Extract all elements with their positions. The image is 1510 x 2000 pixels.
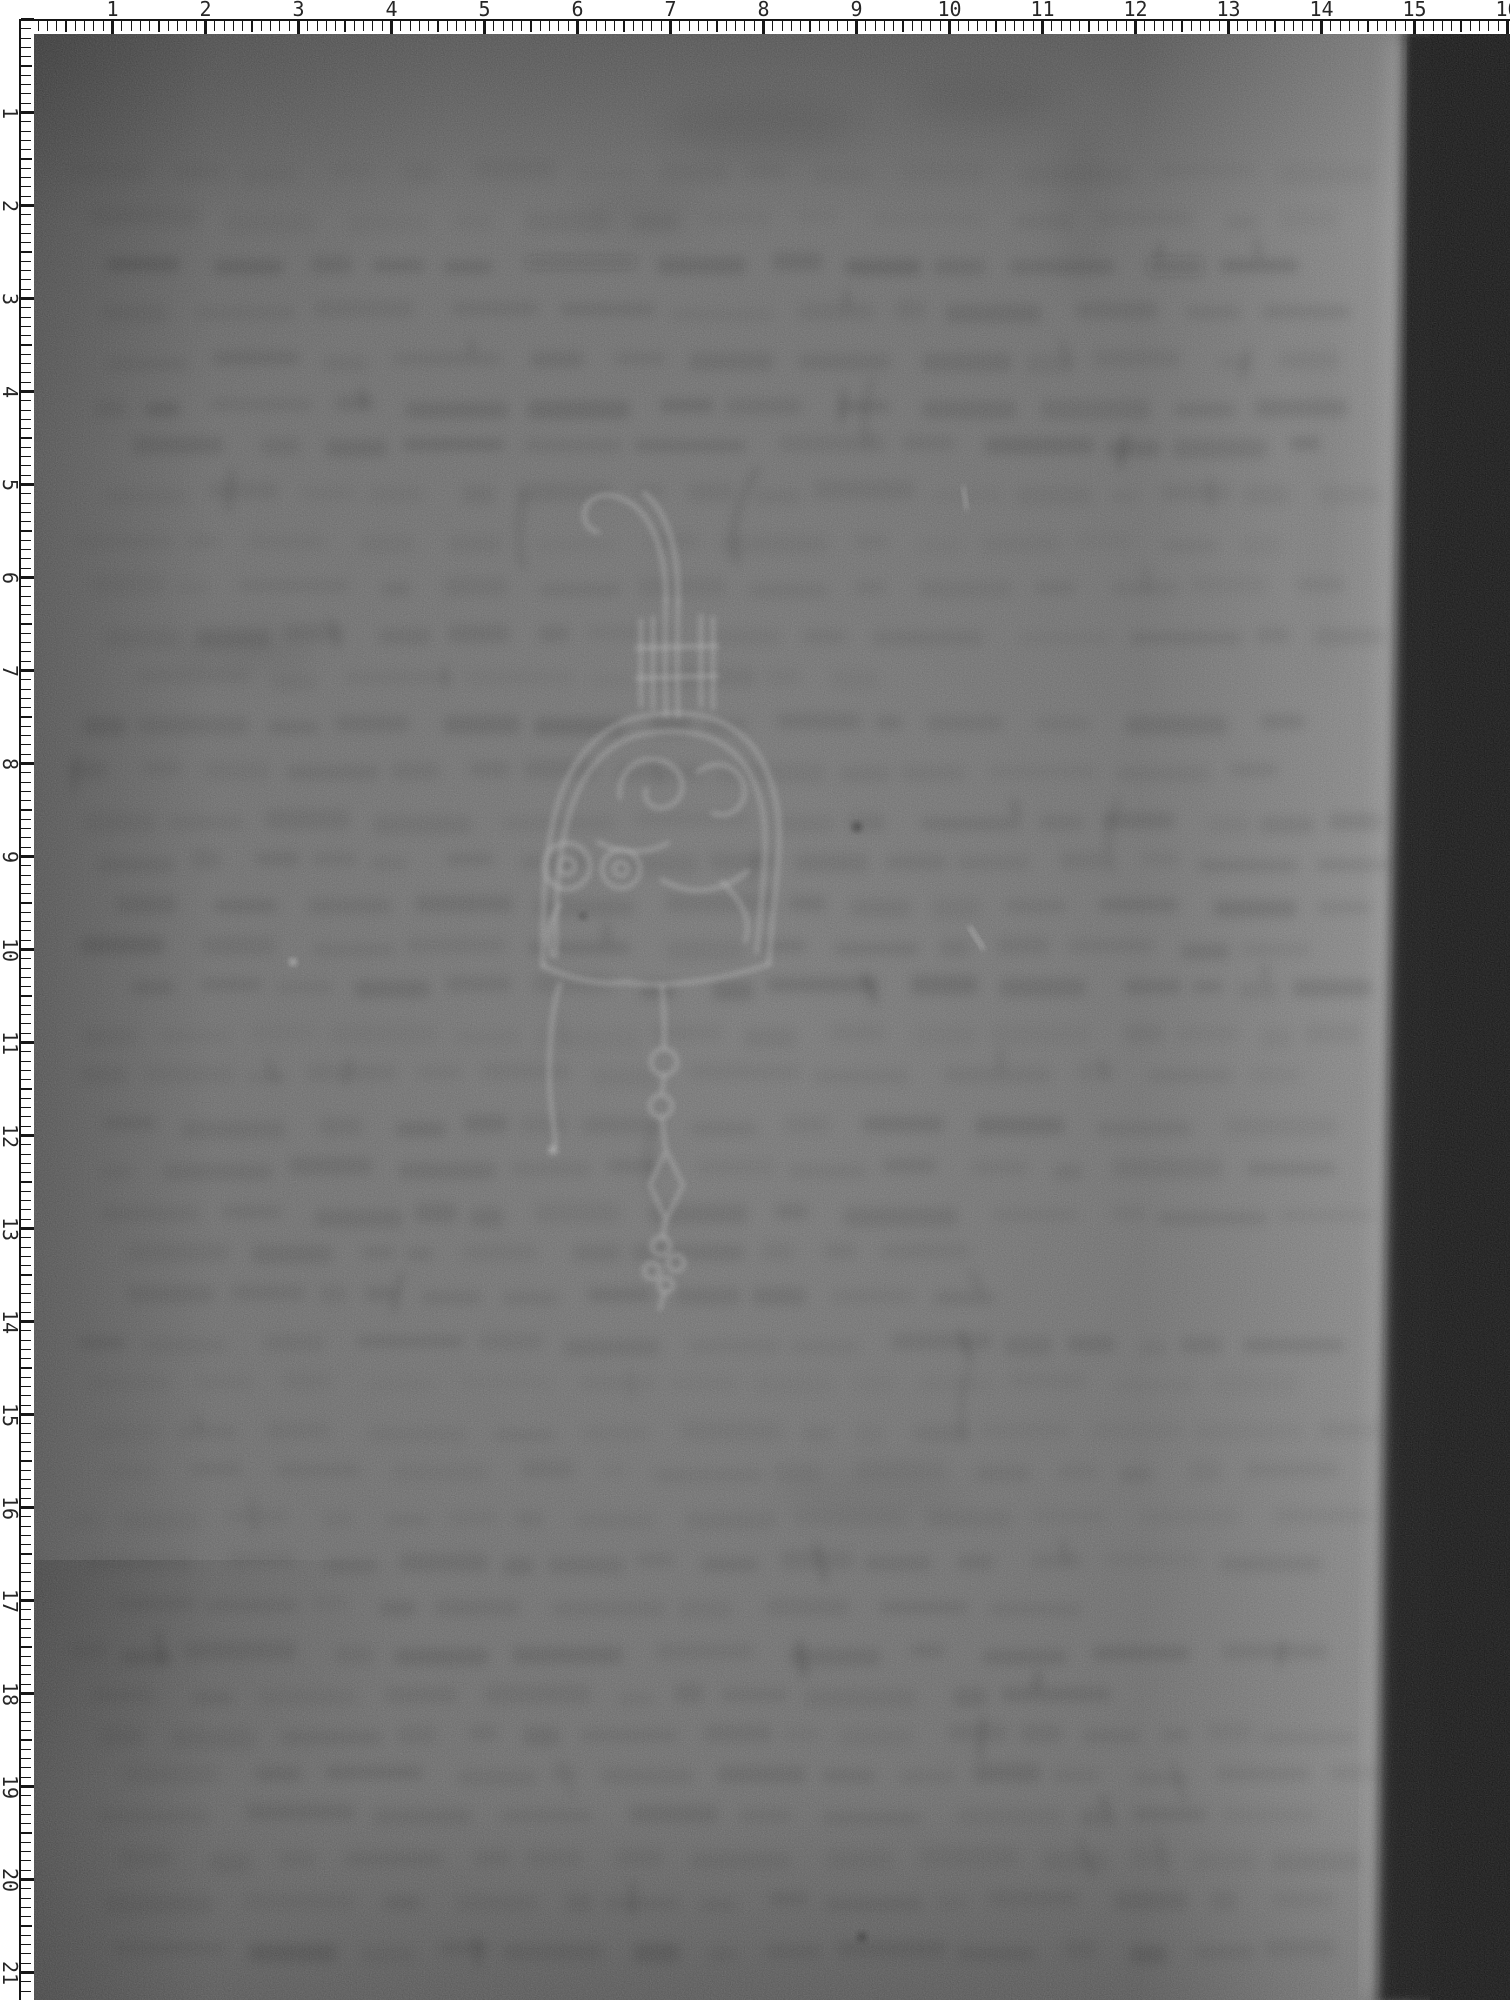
ruler-tick xyxy=(512,21,513,31)
ruler-tick xyxy=(475,21,476,31)
ruler-cm-label: 9 xyxy=(2,841,18,873)
ruler-tick xyxy=(21,1609,31,1610)
ruler-tick xyxy=(21,1386,31,1387)
ruler-tick xyxy=(21,930,31,931)
ruler-tick xyxy=(21,419,31,420)
ruler-tick xyxy=(21,995,33,997)
ruler-tick xyxy=(1181,21,1183,33)
ruler-tick xyxy=(270,21,271,31)
ruler-tick xyxy=(21,1302,31,1303)
ruler-tick xyxy=(921,21,922,31)
ruler-tick xyxy=(21,1692,35,1695)
ruler-tick xyxy=(214,21,215,31)
ruler-tick xyxy=(21,642,31,643)
ruler-tick xyxy=(1460,21,1462,33)
ruler-cm-label: 1 xyxy=(88,0,138,18)
ruler-tick xyxy=(261,21,262,31)
ruler-tick xyxy=(21,1320,35,1323)
ruler-tick xyxy=(21,1358,31,1359)
ruler-tick xyxy=(503,21,504,31)
ruler-tick xyxy=(21,1785,35,1788)
ruler-tick xyxy=(1340,21,1341,31)
ruler-tick xyxy=(744,21,745,31)
ruler-tick xyxy=(540,21,541,31)
ruler-tick xyxy=(21,679,31,680)
ruler-tick xyxy=(893,21,894,31)
ruler-tick xyxy=(21,968,31,969)
ruler-tick xyxy=(400,21,401,31)
ruler-tick xyxy=(21,1739,33,1741)
ruler-tick xyxy=(21,707,31,708)
ruler-tick xyxy=(21,855,35,858)
ruler-tick xyxy=(21,884,31,885)
ruler-tick xyxy=(21,1553,33,1555)
ruler-tick xyxy=(493,21,494,31)
ruler-tick xyxy=(819,21,820,31)
ruler-tick xyxy=(1014,21,1015,31)
ruler-tick xyxy=(447,21,448,31)
ruler-tick xyxy=(242,21,243,31)
ruler-cm-label: 18 xyxy=(2,1678,18,1710)
ruler-tick xyxy=(1377,21,1378,31)
ruler-tick xyxy=(1451,21,1452,31)
film-grain-light xyxy=(34,34,1510,2000)
ruler-tick xyxy=(596,21,597,31)
ruler-tick xyxy=(21,921,31,922)
ruler-tick xyxy=(317,21,318,31)
ruler-tick xyxy=(21,1795,31,1796)
ruler-tick xyxy=(307,21,308,31)
ruler-tick xyxy=(1237,21,1238,31)
ruler-tick xyxy=(21,326,31,327)
ruler-tick xyxy=(21,809,33,811)
ruler-tick xyxy=(754,21,755,31)
ruler-tick xyxy=(21,196,31,197)
ruler-tick xyxy=(995,21,997,33)
ruler-tick xyxy=(1051,21,1052,31)
ruler-tick xyxy=(21,1181,33,1183)
ruler-tick xyxy=(21,140,31,141)
ruler-tick xyxy=(21,1646,33,1648)
ruler-tick xyxy=(21,1805,31,1806)
ruler-tick xyxy=(21,1134,35,1137)
ruler-tick xyxy=(1154,21,1155,31)
ruler-tick xyxy=(875,21,876,31)
ruler-tick xyxy=(21,475,31,476)
ruler-tick xyxy=(21,1851,31,1852)
ruler-tick xyxy=(47,21,48,31)
ruler-tick xyxy=(1284,21,1285,31)
ruler-tick xyxy=(21,1061,31,1062)
ruler-tick xyxy=(1479,21,1480,31)
ruler-tick xyxy=(21,940,31,941)
ruler-tick xyxy=(38,21,39,31)
ruler-tick xyxy=(1070,21,1071,31)
ruler-cm-label: 2 xyxy=(2,190,18,222)
ruler-tick xyxy=(21,233,31,234)
ruler-cm-label: 5 xyxy=(2,469,18,501)
ruler-tick xyxy=(437,21,439,33)
ruler-tick xyxy=(21,1033,31,1034)
ruler-tick xyxy=(968,21,969,31)
ruler-tick xyxy=(21,1367,33,1369)
ruler-tick xyxy=(21,1581,31,1582)
ruler-tick xyxy=(21,549,31,550)
ruler-tick xyxy=(716,21,718,33)
ruler-tick xyxy=(21,1023,31,1024)
ruler-tick xyxy=(21,1749,31,1750)
ruler-tick xyxy=(912,21,913,31)
ruler-tick xyxy=(614,21,615,31)
ruler-tick xyxy=(21,1041,35,1044)
ruler-tick xyxy=(1312,21,1313,31)
ruler-tick xyxy=(21,1591,31,1592)
ruler-tick xyxy=(326,21,327,31)
ruler-tick xyxy=(21,28,31,29)
ruler-tick xyxy=(21,1349,31,1350)
ruler-tick xyxy=(791,21,792,31)
ruler-cm-label: 19 xyxy=(2,1771,18,1803)
ruler-tick xyxy=(605,21,606,31)
ruler-tick xyxy=(21,1442,31,1443)
ruler-tick xyxy=(21,1423,31,1424)
ruler-tick xyxy=(21,1506,35,1509)
ruler-tick xyxy=(21,1870,31,1871)
ruler-tick xyxy=(21,1200,31,1201)
ruler-tick xyxy=(21,111,35,114)
ruler-tick xyxy=(977,21,978,31)
ruler-tick xyxy=(21,576,35,579)
ruler-tick xyxy=(21,224,31,225)
ruler-tick xyxy=(21,762,35,765)
ruler-tick xyxy=(21,1907,31,1908)
ruler-tick xyxy=(21,1340,31,1341)
ruler-cm-label: 10 xyxy=(925,0,975,18)
ruler-cm-label: 3 xyxy=(2,283,18,315)
ruler-tick xyxy=(279,21,280,31)
ruler-tick xyxy=(121,21,122,31)
ruler-tick xyxy=(21,614,31,615)
ruler-tick xyxy=(1098,21,1099,31)
ruler-tick xyxy=(1134,21,1137,35)
ruler-tick xyxy=(855,21,858,35)
ruler-tick xyxy=(21,363,31,364)
ruler-tick xyxy=(21,1470,31,1471)
ruler-tick xyxy=(177,21,178,31)
ruler-tick xyxy=(21,1823,31,1824)
ruler-tick xyxy=(661,21,662,31)
ruler-tick xyxy=(21,1702,31,1703)
ruler-tick xyxy=(21,410,31,411)
ruler-cm-label: 6 xyxy=(2,562,18,594)
ruler-tick xyxy=(93,21,94,31)
ruler-tick xyxy=(21,204,35,207)
ruler-tick xyxy=(21,1005,31,1006)
watermark-photo-stage: 012345678910111213141516 123456789101112… xyxy=(0,0,1510,2000)
ruler-tick xyxy=(21,1293,31,1294)
ruler-tick xyxy=(828,21,829,31)
ruler-tick xyxy=(21,1330,31,1331)
ruler-tick xyxy=(21,977,31,978)
ruler-tick xyxy=(21,1832,33,1834)
ruler-tick xyxy=(1349,21,1350,31)
ruler-tick xyxy=(21,530,33,532)
ruler-tick xyxy=(21,958,31,959)
ruler-tick xyxy=(21,1144,31,1145)
ruler-cm-label: 14 xyxy=(2,1306,18,1338)
ruler-tick xyxy=(21,493,31,494)
ruler-tick xyxy=(1033,21,1034,31)
ruler-tick xyxy=(21,1665,31,1666)
ruler-tick xyxy=(21,1405,31,1406)
ruler-tick xyxy=(21,1842,31,1843)
ruler-tick xyxy=(21,1312,31,1313)
ruler-tick xyxy=(21,1721,31,1722)
ruler-tick xyxy=(103,21,104,31)
ruler-tick xyxy=(21,158,33,160)
ruler-tick xyxy=(21,1730,31,1731)
ruler-tick xyxy=(21,1991,31,1992)
ruler-tick xyxy=(158,21,160,33)
ruler-cm-label: 5 xyxy=(460,0,510,18)
ruler-tick xyxy=(21,447,31,448)
ruler-cm-label: 7 xyxy=(2,655,18,687)
ruler-tick xyxy=(224,21,225,31)
ruler-tick xyxy=(21,568,31,569)
ruler-tick xyxy=(21,1377,31,1378)
ruler-tick xyxy=(735,21,736,31)
ruler-tick xyxy=(21,1981,31,1982)
ruler-tick xyxy=(21,893,31,894)
ruler-tick xyxy=(1163,21,1164,31)
ruler-tick xyxy=(84,21,85,31)
ruler-tick xyxy=(75,21,76,31)
ruler-tick xyxy=(762,21,765,35)
ruler-tick xyxy=(21,1051,31,1052)
ruler-tick xyxy=(21,772,31,773)
ruler-tick xyxy=(21,103,31,104)
ruler-tick xyxy=(1423,21,1424,31)
ruler-tick xyxy=(456,21,457,31)
ruler-tick xyxy=(21,38,31,39)
ruler-tick xyxy=(21,428,31,429)
ruler-tick xyxy=(21,297,35,300)
ruler-tick xyxy=(21,1014,31,1015)
ruler-tick xyxy=(465,21,466,31)
ruler-tick xyxy=(940,21,941,31)
ruler-tick xyxy=(21,270,31,271)
ruler-tick xyxy=(679,21,680,31)
ruler-tick xyxy=(21,1925,33,1927)
ruler-tick xyxy=(21,242,31,243)
ruler-tick xyxy=(21,1433,31,1434)
ruler-tick xyxy=(809,21,811,33)
ruler-tick xyxy=(21,558,31,559)
ruler-tick xyxy=(689,21,690,31)
ruler-tick xyxy=(21,1154,31,1155)
ruler-tick xyxy=(1247,21,1248,31)
ruler-tick xyxy=(651,21,652,31)
ruler-tick xyxy=(669,21,672,35)
ruler-tick xyxy=(21,586,31,587)
ruler-tick xyxy=(21,651,31,652)
ruler-tick xyxy=(21,149,31,150)
ruler-tick xyxy=(1126,21,1127,31)
ruler-tick xyxy=(568,21,569,31)
ruler-tick xyxy=(21,912,31,913)
ruler-tick xyxy=(21,837,31,838)
ruler-tick xyxy=(21,1274,33,1276)
ruler-tick xyxy=(21,828,31,829)
ruler-cm-label: 21 xyxy=(2,1957,18,1989)
ruler-cm-label: 7 xyxy=(646,0,696,18)
ruler-cm-label: 16 xyxy=(2,1492,18,1524)
ruler-tick xyxy=(372,21,373,31)
ruler-horizontal-cm: 012345678910111213141516 xyxy=(0,0,1510,34)
ruler-tick xyxy=(21,1079,31,1080)
ruler-tick xyxy=(986,21,987,31)
ruler-tick xyxy=(56,21,57,31)
ruler-tick xyxy=(1506,21,1509,35)
ruler-tick xyxy=(1433,21,1434,31)
ruler-cm-label: 20 xyxy=(2,1864,18,1896)
ruler-tick xyxy=(1367,21,1369,33)
ruler-tick xyxy=(297,21,300,35)
ruler-cm-label: 12 xyxy=(1111,0,1161,18)
ruler-tick xyxy=(623,21,625,33)
ruler-tick xyxy=(726,21,727,31)
ruler-tick xyxy=(21,465,31,466)
ruler-cm-label: 10 xyxy=(2,934,18,966)
ruler-tick xyxy=(698,21,699,31)
ruler-tick xyxy=(1005,21,1006,31)
ruler-tick xyxy=(1061,21,1062,31)
ruler-tick xyxy=(21,791,31,792)
ruler-tick xyxy=(21,669,35,672)
ruler-tick xyxy=(21,1637,31,1638)
ruler-tick xyxy=(558,21,559,31)
ruler-tick xyxy=(1442,21,1443,31)
ruler-tick xyxy=(21,65,33,67)
ruler-cm-label: 4 xyxy=(2,376,18,408)
ruler-tick xyxy=(21,1256,31,1257)
ruler-tick xyxy=(21,335,31,336)
ruler-tick xyxy=(21,605,31,606)
ruler-tick xyxy=(131,21,132,31)
ruler-tick xyxy=(1079,21,1080,31)
ruler-tick xyxy=(21,1395,31,1396)
ruler-tick xyxy=(21,503,31,504)
ruler-tick xyxy=(586,21,587,31)
ruler-tick xyxy=(865,21,866,31)
ruler-tick xyxy=(782,21,783,31)
ruler-tick xyxy=(707,21,708,31)
ruler-tick xyxy=(410,21,411,31)
ruler-tick xyxy=(21,18,35,21)
ruler-tick xyxy=(21,1516,31,1517)
ruler-tick xyxy=(21,279,31,280)
ruler-tick xyxy=(21,1628,31,1629)
ruler-tick xyxy=(354,21,355,31)
ruler-tick xyxy=(21,1563,31,1564)
ruler-tick xyxy=(21,1656,31,1657)
ruler-tick xyxy=(21,1572,31,1573)
ruler-cm-label: 13 xyxy=(1204,0,1254,18)
ruler-tick xyxy=(21,735,31,736)
ruler-tick xyxy=(1358,21,1359,31)
ruler-tick xyxy=(21,251,33,253)
ruler-tick xyxy=(21,754,31,755)
ruler-tick xyxy=(1191,21,1192,31)
ruler-tick xyxy=(1330,21,1331,31)
ruler-cm-label: 2 xyxy=(181,0,231,18)
ruler-tick xyxy=(428,21,429,31)
ruler-tick xyxy=(1023,21,1024,31)
ruler-tick xyxy=(576,21,579,35)
ruler-cm-label: 6 xyxy=(553,0,603,18)
ruler-cm-label: 12 xyxy=(2,1120,18,1152)
ruler-tick xyxy=(21,354,31,355)
ruler-tick xyxy=(21,623,33,625)
ruler-tick xyxy=(21,382,31,383)
ruler-tick xyxy=(21,372,31,373)
ruler-tick xyxy=(958,21,959,31)
ruler-tick xyxy=(1386,21,1387,31)
ruler-tick xyxy=(21,1767,31,1768)
ruler-tick xyxy=(21,847,31,848)
ruler-tick xyxy=(335,21,336,31)
ruler-tick xyxy=(21,902,33,904)
ruler-tick xyxy=(204,21,207,35)
ruler-tick xyxy=(1107,21,1108,31)
ruler-tick xyxy=(1088,21,1090,33)
ruler-cm-label: 11 xyxy=(2,1027,18,1059)
ruler-tick xyxy=(251,21,253,33)
ruler-tick xyxy=(233,21,234,31)
ruler-cm-label: 8 xyxy=(739,0,789,18)
ruler-tick xyxy=(21,1898,31,1899)
ruler-tick xyxy=(21,689,31,690)
ruler-cm-label: 15 xyxy=(1390,0,1440,18)
ruler-tick xyxy=(21,986,31,987)
ruler-tick xyxy=(21,1070,31,1071)
ruler-tick xyxy=(21,93,31,94)
ruler-tick xyxy=(21,540,31,541)
ruler-cm-label: 8 xyxy=(2,748,18,780)
ruler-tick xyxy=(1116,21,1117,31)
ruler-tick xyxy=(21,1526,31,1527)
ruler-tick xyxy=(21,1888,31,1889)
ruler-tick xyxy=(21,1237,31,1238)
ruler-tick xyxy=(21,317,31,318)
ruler-tick xyxy=(21,1498,31,1499)
ruler-tick xyxy=(1413,21,1416,35)
ruler-tick xyxy=(21,1935,31,1936)
ruler-tick xyxy=(1172,21,1173,31)
ruler-tick xyxy=(21,1209,31,1210)
ruler-tick xyxy=(111,21,114,35)
ruler-tick xyxy=(186,21,187,31)
ruler-tick xyxy=(390,21,393,35)
ruler-tick xyxy=(21,661,31,662)
ruler-tick xyxy=(21,56,31,57)
ruler-tick xyxy=(633,21,634,31)
ruler-cm-label: 15 xyxy=(2,1399,18,1431)
ruler-tick xyxy=(21,483,35,486)
ruler-tick xyxy=(21,1544,31,1545)
ruler-tick xyxy=(21,1712,31,1713)
manuscript-scan xyxy=(34,34,1510,2000)
